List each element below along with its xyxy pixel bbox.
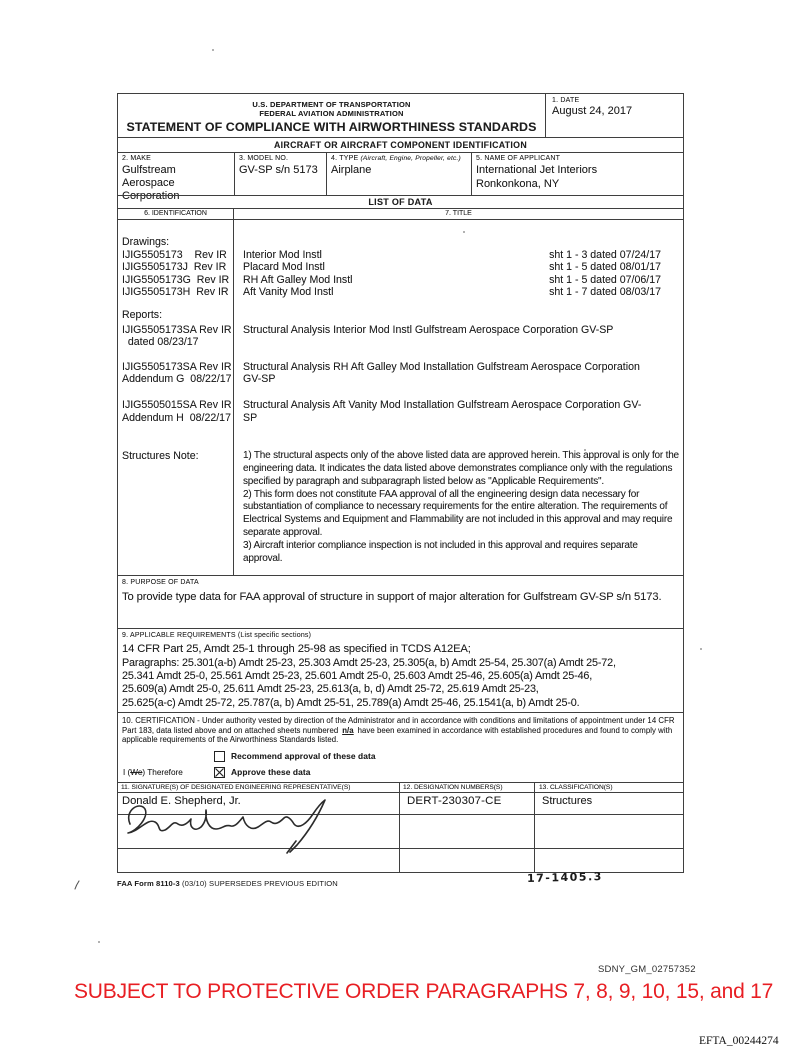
title-column-header: 7. TITLE [234, 209, 683, 219]
certification-section: 10. CERTIFICATION - Under authority vest… [118, 712, 683, 782]
empty-designation-cell [399, 815, 534, 848]
table-row: IJIG5505015SA Rev IR Addendum H 08/22/17… [118, 399, 683, 424]
form-header-row: U.S. DEPARTMENT OF TRANSPORTATION FEDERA… [118, 94, 683, 137]
scan-speck [584, 449, 586, 451]
certification-text: 10. CERTIFICATION - Under authority vest… [122, 716, 678, 745]
identification-row: 2. MAKE Gulfstream Aerospace Corporation… [118, 152, 683, 195]
approve-data-row: I (We) Therefore Approve these data [122, 767, 678, 778]
form-header-title-block: U.S. DEPARTMENT OF TRANSPORTATION FEDERA… [118, 94, 545, 137]
empty-classification-cell [534, 849, 683, 872]
drawing-title: Aft Vanity Mod Instl [234, 286, 549, 299]
report-title: Structural Analysis Aft Vanity Mod Insta… [234, 399, 683, 424]
scanned-document-page: { "colors": { "red": "#e81e23", "ink": "… [0, 0, 808, 1059]
purpose-label: 8. PURPOSE OF DATA [122, 579, 679, 587]
drawings-heading: Drawings: [118, 236, 234, 249]
applicant-line-2: Ronkonkona, NY [476, 178, 679, 191]
table-row: IJIG5505173J Rev IR Placard Mod Instl sh… [118, 261, 683, 274]
drawing-sheets: sht 1 - 7 dated 08/03/17 [549, 286, 683, 299]
table-row: IJIG5505173H Rev IR Aft Vanity Mod Instl… [118, 286, 683, 299]
drawing-id: IJIG5505173 Rev IR [118, 249, 234, 262]
attached-sheets-value: n/a [338, 726, 357, 735]
protective-order-stamp: SUBJECT TO PROTECTIVE ORDER PARAGRAPHS 7… [74, 980, 773, 1004]
report-id: IJIG5505173SA Rev IR Addendum G 08/22/17 [118, 361, 234, 386]
bates-number-efta: EFTA_00244274 [699, 1035, 779, 1047]
reports-heading: Reports: [118, 309, 234, 322]
scan-speck [98, 941, 100, 943]
table-row: IJIG5505173SA Rev IR dated 08/23/17 Stru… [118, 324, 683, 349]
identification-column-header: 6. IDENTIFICATION [118, 209, 234, 219]
drawing-title: Interior Mod Instl [234, 249, 549, 262]
report-title: Structural Analysis RH Aft Galley Mod In… [234, 361, 683, 386]
empty-classification-cell [534, 815, 683, 848]
recommend-approval-row: Recommend approval of these data [122, 751, 678, 762]
scan-speck [212, 49, 214, 51]
applicant-label: 5. NAME OF APPLICANT [476, 155, 679, 163]
scan-speck [463, 231, 465, 233]
table-row: IJIG5505173 Rev IR Interior Mod Instl sh… [118, 249, 683, 262]
model-value: GV-SP s/n 5173 [239, 164, 322, 177]
applicant-line-1: International Jet Interiors [476, 164, 679, 177]
type-label-detail: (Aircraft, Engine, Propeller, etc.) [361, 155, 461, 162]
agency-line-2: FEDERAL AVIATION ADMINISTRATION [259, 109, 403, 118]
requirements-paragraphs: Paragraphs: 25.301(a-b) Amdt 25-23, 25.3… [122, 657, 679, 710]
applicable-requirements-section: 9. APPLICABLE REQUIREMENTS (List specifi… [118, 628, 683, 712]
type-value: Airplane [331, 164, 467, 177]
structures-note-text: 1) The structural aspects only of the ab… [234, 450, 683, 565]
date-label: 1. DATE [552, 97, 677, 105]
purpose-text: To provide type data for FAA approval of… [122, 591, 679, 603]
identification-band: AIRCRAFT OR AIRCRAFT COMPONENT IDENTIFIC… [118, 137, 683, 152]
table-row: IJIG5505173SA Rev IR Addendum G 08/22/17… [118, 361, 683, 386]
drawing-title: RH Aft Galley Mod Instl [234, 274, 549, 287]
drawing-id: IJIG5505173H Rev IR [118, 286, 234, 299]
form-id: FAA Form 8110-3 [117, 879, 180, 888]
make-field: 2. MAKE Gulfstream Aerospace Corporation [118, 153, 234, 195]
agency-line-1: U.S. DEPARTMENT OF TRANSPORTATION [252, 100, 410, 109]
drawing-id: IJIG5505173J Rev IR [118, 261, 234, 274]
form-footer-line: FAA Form 8110-3 (03/10) SUPERSEDES PREVI… [117, 879, 338, 888]
column-divider-line [233, 220, 234, 575]
scan-speck [700, 648, 702, 650]
reports-heading-row: Reports: [118, 309, 683, 322]
report-id: IJIG5505173SA Rev IR dated 08/23/17 [118, 324, 234, 349]
list-of-data-column-headers: 6. IDENTIFICATION 7. TITLE [118, 208, 683, 219]
scan-speck [656, 594, 658, 596]
designation-number-value: DERT-230307-CE [399, 793, 534, 814]
classification-column-header: 13. CLASSIFICATION(S) [534, 783, 683, 792]
model-label: 3. MODEL NO. [239, 155, 322, 163]
empty-designation-cell [399, 849, 534, 872]
checkbox-checked-icon[interactable] [214, 767, 225, 778]
requirements-line1: 14 CFR Part 25, Amdt 25-1 through 25-98 … [122, 643, 679, 655]
report-title: Structural Analysis Interior Mod Instl G… [234, 324, 683, 349]
date-field: 1. DATE August 24, 2017 [545, 94, 683, 137]
date-value: August 24, 2017 [552, 105, 677, 118]
drawing-id: IJIG5505173G Rev IR [118, 274, 234, 287]
make-label: 2. MAKE [122, 155, 230, 163]
requirements-label: 9. APPLICABLE REQUIREMENTS (List specifi… [122, 632, 679, 640]
drawing-sheets: sht 1 - 3 dated 07/24/17 [549, 249, 683, 262]
report-id: IJIG5505015SA Rev IR Addendum H 08/22/17 [118, 399, 234, 424]
list-of-data-content: Drawings: IJIG5505173 Rev IR Interior Mo… [118, 219, 683, 575]
approve-data-label: Approve these data [231, 767, 311, 777]
drawing-sheets: sht 1 - 5 dated 08/01/17 [549, 261, 683, 274]
therefore-text: I (We) Therefore [122, 768, 214, 777]
handwritten-signature [120, 796, 360, 856]
designation-column-header: 12. DESIGNATION NUMBERS(S) [399, 783, 534, 792]
applicant-field: 5. NAME OF APPLICANT International Jet I… [471, 153, 683, 195]
form-title: STATEMENT OF COMPLIANCE WITH AIRWORTHINE… [127, 120, 537, 134]
checkbox-unchecked-icon[interactable] [214, 751, 225, 762]
purpose-of-data-section: 8. PURPOSE OF DATA To provide type data … [118, 575, 683, 628]
model-field: 3. MODEL NO. GV-SP s/n 5173 [234, 153, 326, 195]
recommend-approval-label: Recommend approval of these data [231, 751, 376, 761]
list-of-data-band: LIST OF DATA [118, 195, 683, 208]
table-row: IJIG5505173G Rev IR RH Aft Galley Mod In… [118, 274, 683, 287]
struck-we-text: We [130, 768, 142, 777]
faa-form-8110-3: U.S. DEPARTMENT OF TRANSPORTATION FEDERA… [117, 93, 684, 873]
type-label: 4. TYPE (Aircraft, Engine, Propeller, et… [331, 155, 467, 163]
type-field: 4. TYPE (Aircraft, Engine, Propeller, et… [326, 153, 471, 195]
structures-note-row: Structures Note: 1) The structural aspec… [118, 450, 683, 565]
signature-table-header: 11. SIGNATURE(S) OF DESIGNATED ENGINEERI… [118, 782, 683, 792]
drawings-heading-row: Drawings: [118, 236, 683, 249]
drawing-sheets: sht 1 - 5 dated 07/06/17 [549, 274, 683, 287]
drawing-title: Placard Mod Instl [234, 261, 549, 274]
handwritten-tracking-number: 17-1405.3 [527, 870, 603, 885]
signature-column-header: 11. SIGNATURE(S) OF DESIGNATED ENGINEERI… [118, 783, 399, 792]
classification-value: Structures [534, 793, 683, 814]
form-edition-note: (03/10) SUPERSEDES PREVIOUS EDITION [180, 879, 338, 888]
stray-pen-mark [73, 880, 81, 890]
structures-note-label: Structures Note: [118, 450, 234, 565]
bates-number-sdny: SDNY_GM_02757352 [598, 964, 696, 975]
